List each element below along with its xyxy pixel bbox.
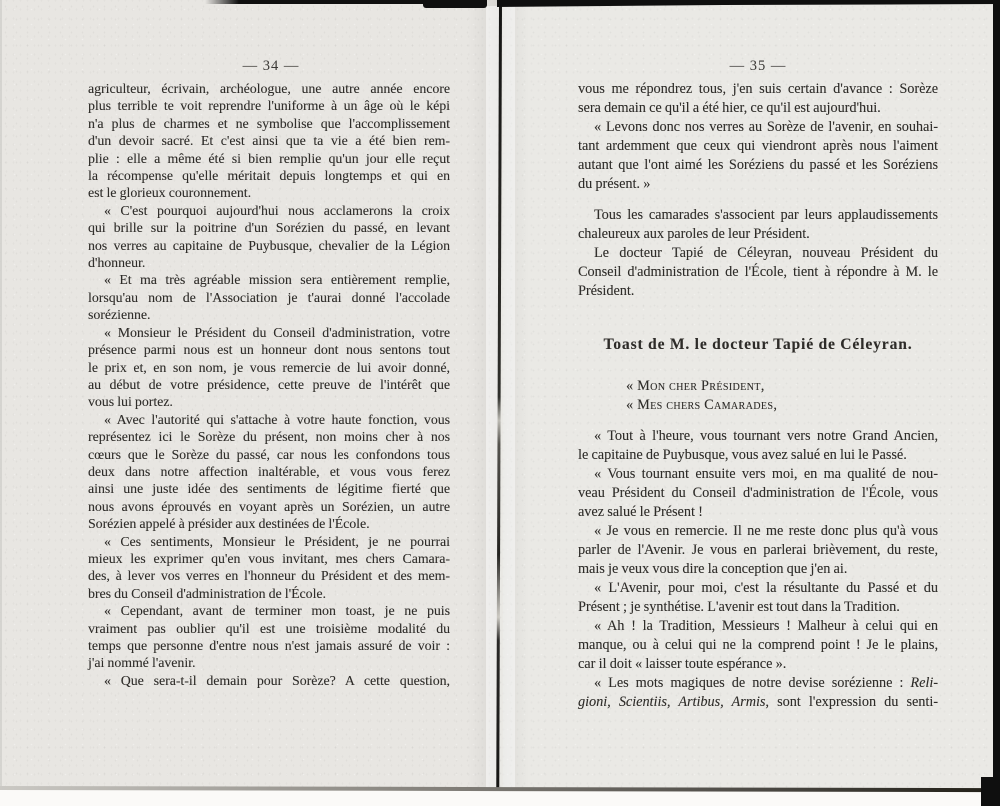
- text-line: vraiment pas oublier qu'il est une trois…: [88, 620, 450, 637]
- page-34-text-column: agriculteur, écrivain, archéologue, une …: [88, 80, 450, 689]
- text-line: tant ardemment que ceux qui viendront ap…: [578, 137, 938, 156]
- text-line: au début de votre présidence, cette preu…: [88, 376, 450, 393]
- text-line: « Ah ! la Tradition, Messieurs ! Malheur…: [578, 617, 938, 636]
- gutter-highlight-right: [503, 6, 515, 788]
- text-line: la récompense qu'elle méritait depuis lo…: [88, 167, 450, 184]
- text-line: Président.: [578, 282, 938, 301]
- text-line: nous avons éprouvés en voyant après un S…: [88, 498, 450, 515]
- italic-text: gioni, Scientiis, Artibus, Armis: [578, 694, 765, 710]
- scan-edge-left: [0, 0, 2, 806]
- text-line: « Mes chers Camarades,: [578, 396, 938, 415]
- text-line: vous lui portez.: [88, 393, 450, 410]
- paragraph-spacer: [578, 301, 938, 335]
- text-line: temps que personne d'entre nous n'est ja…: [88, 637, 450, 654]
- text-line: « Les mots magiques de notre devise soré…: [578, 674, 938, 693]
- text-line: le capitaine de Puybusque, vous avez sal…: [578, 446, 938, 465]
- text-line: Présent ; je synthétise. L'avenir est to…: [578, 598, 938, 617]
- text-line: car il doit « laisser toute espérance ».: [578, 655, 938, 674]
- text-line: avez salué le Présent !: [578, 503, 938, 522]
- scan-edge-right: [993, 0, 1000, 806]
- paragraph-spacer: [578, 415, 938, 427]
- text-line: « L'Avenir, pour moi, c'est la résultant…: [578, 579, 938, 598]
- scan-background-bottom: [0, 790, 993, 806]
- text-line: est le glorieux couronnement.: [88, 184, 450, 201]
- text-line: des, à lever vos verres en l'honneur du …: [88, 567, 450, 584]
- text-line: gioni, Scientiis, Artibus, Armis, sont l…: [578, 693, 938, 712]
- text-line: vous me répondrez tous, j'en suis certai…: [578, 80, 938, 99]
- text-line: mais je veux vous dire la conception que…: [578, 560, 938, 579]
- text-line: n'a plus de charmes et ne symbolise que …: [88, 115, 450, 132]
- text-line: agriculteur, écrivain, archéologue, une …: [88, 80, 450, 97]
- text-line: manque, ou à celui qui ne la comprend po…: [578, 636, 938, 655]
- text-line: chaleureux aux paroles de leur Président…: [578, 225, 938, 244]
- text-line: le prix et, en son nom, je vous remercie…: [88, 359, 450, 376]
- text-line: « Que sera-t-il demain pour Sorèze? A ce…: [88, 672, 450, 689]
- text-line: plie : elle a même été si bien remplie q…: [88, 150, 450, 167]
- text-line: Sorézien appelé à présider aux destinées…: [88, 515, 450, 532]
- text-line: « Et ma très agréable mission sera entiè…: [88, 271, 450, 288]
- text-line: « Ces sentiments, Monsieur le Président,…: [88, 533, 450, 550]
- text-line: du présent. »: [578, 175, 938, 194]
- page-number-34: — 34 —: [90, 58, 452, 75]
- text-line: ainsi une juste idée des sentiments de l…: [88, 480, 450, 497]
- text-line: bres du Conseil d'administration de l'Éc…: [88, 585, 450, 602]
- text-line: « Mon cher Président,: [578, 377, 938, 396]
- text-line: Tous les camarades s'associent par leurs…: [578, 206, 938, 225]
- text-line: « Avec l'autorité qui s'attache à votre …: [88, 411, 450, 428]
- italic-text: Reli-: [910, 675, 938, 691]
- text-line: veau Président du Conseil d'administrati…: [578, 484, 938, 503]
- text-line: représentez ici le Sorèze du présent, no…: [88, 428, 450, 445]
- text-line: Le docteur Tapié de Céleyran, nouveau Pr…: [578, 244, 938, 263]
- text-line: « Tout à l'heure, vous tournant vers not…: [578, 427, 938, 446]
- text-line: sorézienne.: [88, 306, 450, 323]
- text-segment: , sont l'expression du senti-: [765, 694, 938, 710]
- paragraph-spacer: [578, 194, 938, 206]
- text-line: sera demain ce qu'il a été hier, ce qu'i…: [578, 99, 938, 118]
- text-line: « C'est pourquoi aujourd'hui nous acclam…: [88, 202, 450, 219]
- text-line: nos verres au capitaine de Puybusque, ch…: [88, 237, 450, 254]
- text-line: « Cependant, avant de terminer mon toast…: [88, 602, 450, 619]
- text-line: deux dans notre affection inaltérable, e…: [88, 463, 450, 480]
- page-number-35: — 35 —: [578, 58, 938, 75]
- text-line: cœurs que le Sorèze du passé, car nous l…: [88, 446, 450, 463]
- book-scan: — 34 — — 35 — agriculteur, écrivain, arc…: [0, 0, 1000, 806]
- text-line: « Monsieur le Président du Conseil d'adm…: [88, 324, 450, 341]
- text-line: lorsqu'au nom de l'Association je t'aura…: [88, 289, 450, 306]
- text-line: plus terrible te voit reprendre l'unifor…: [88, 97, 450, 114]
- text-segment: « Les mots magiques de notre devise soré…: [594, 675, 910, 691]
- text-line: j'ai nommé l'avenir.: [88, 654, 450, 671]
- text-line: d'honneur.: [88, 254, 450, 271]
- text-line: mieux les exprimer qu'en vous invitant, …: [88, 550, 450, 567]
- paragraph-spacer: [578, 355, 938, 377]
- text-line: « Levons donc nos verres au Sorèze de l'…: [578, 118, 938, 137]
- scan-edge-top-blob: [423, 0, 487, 8]
- text-line: d'un devoir sacré. Et c'est ainsi que ta…: [88, 132, 450, 149]
- text-line: présence parmi nous est un honneur dont …: [88, 341, 450, 358]
- text-line: Conseil d'administration de l'École, tie…: [578, 263, 938, 282]
- text-line: parler de l'Avenir. Je vous en parlerai …: [578, 541, 938, 560]
- page-35-text-column: vous me répondrez tous, j'en suis certai…: [578, 80, 938, 712]
- text-line: « Je vous en remercie. Il ne me reste do…: [578, 522, 938, 541]
- text-line: qui brille sur la poitrine d'un Sorézien…: [88, 219, 450, 236]
- scan-edge-bottom-corner: [981, 777, 1000, 806]
- text-line: autant que l'ont aimé les Soréziens du p…: [578, 156, 938, 175]
- text-line: « Vous tournant ensuite vers moi, en ma …: [578, 465, 938, 484]
- section-heading: Toast de M. le docteur Tapié de Céleyran…: [578, 335, 938, 355]
